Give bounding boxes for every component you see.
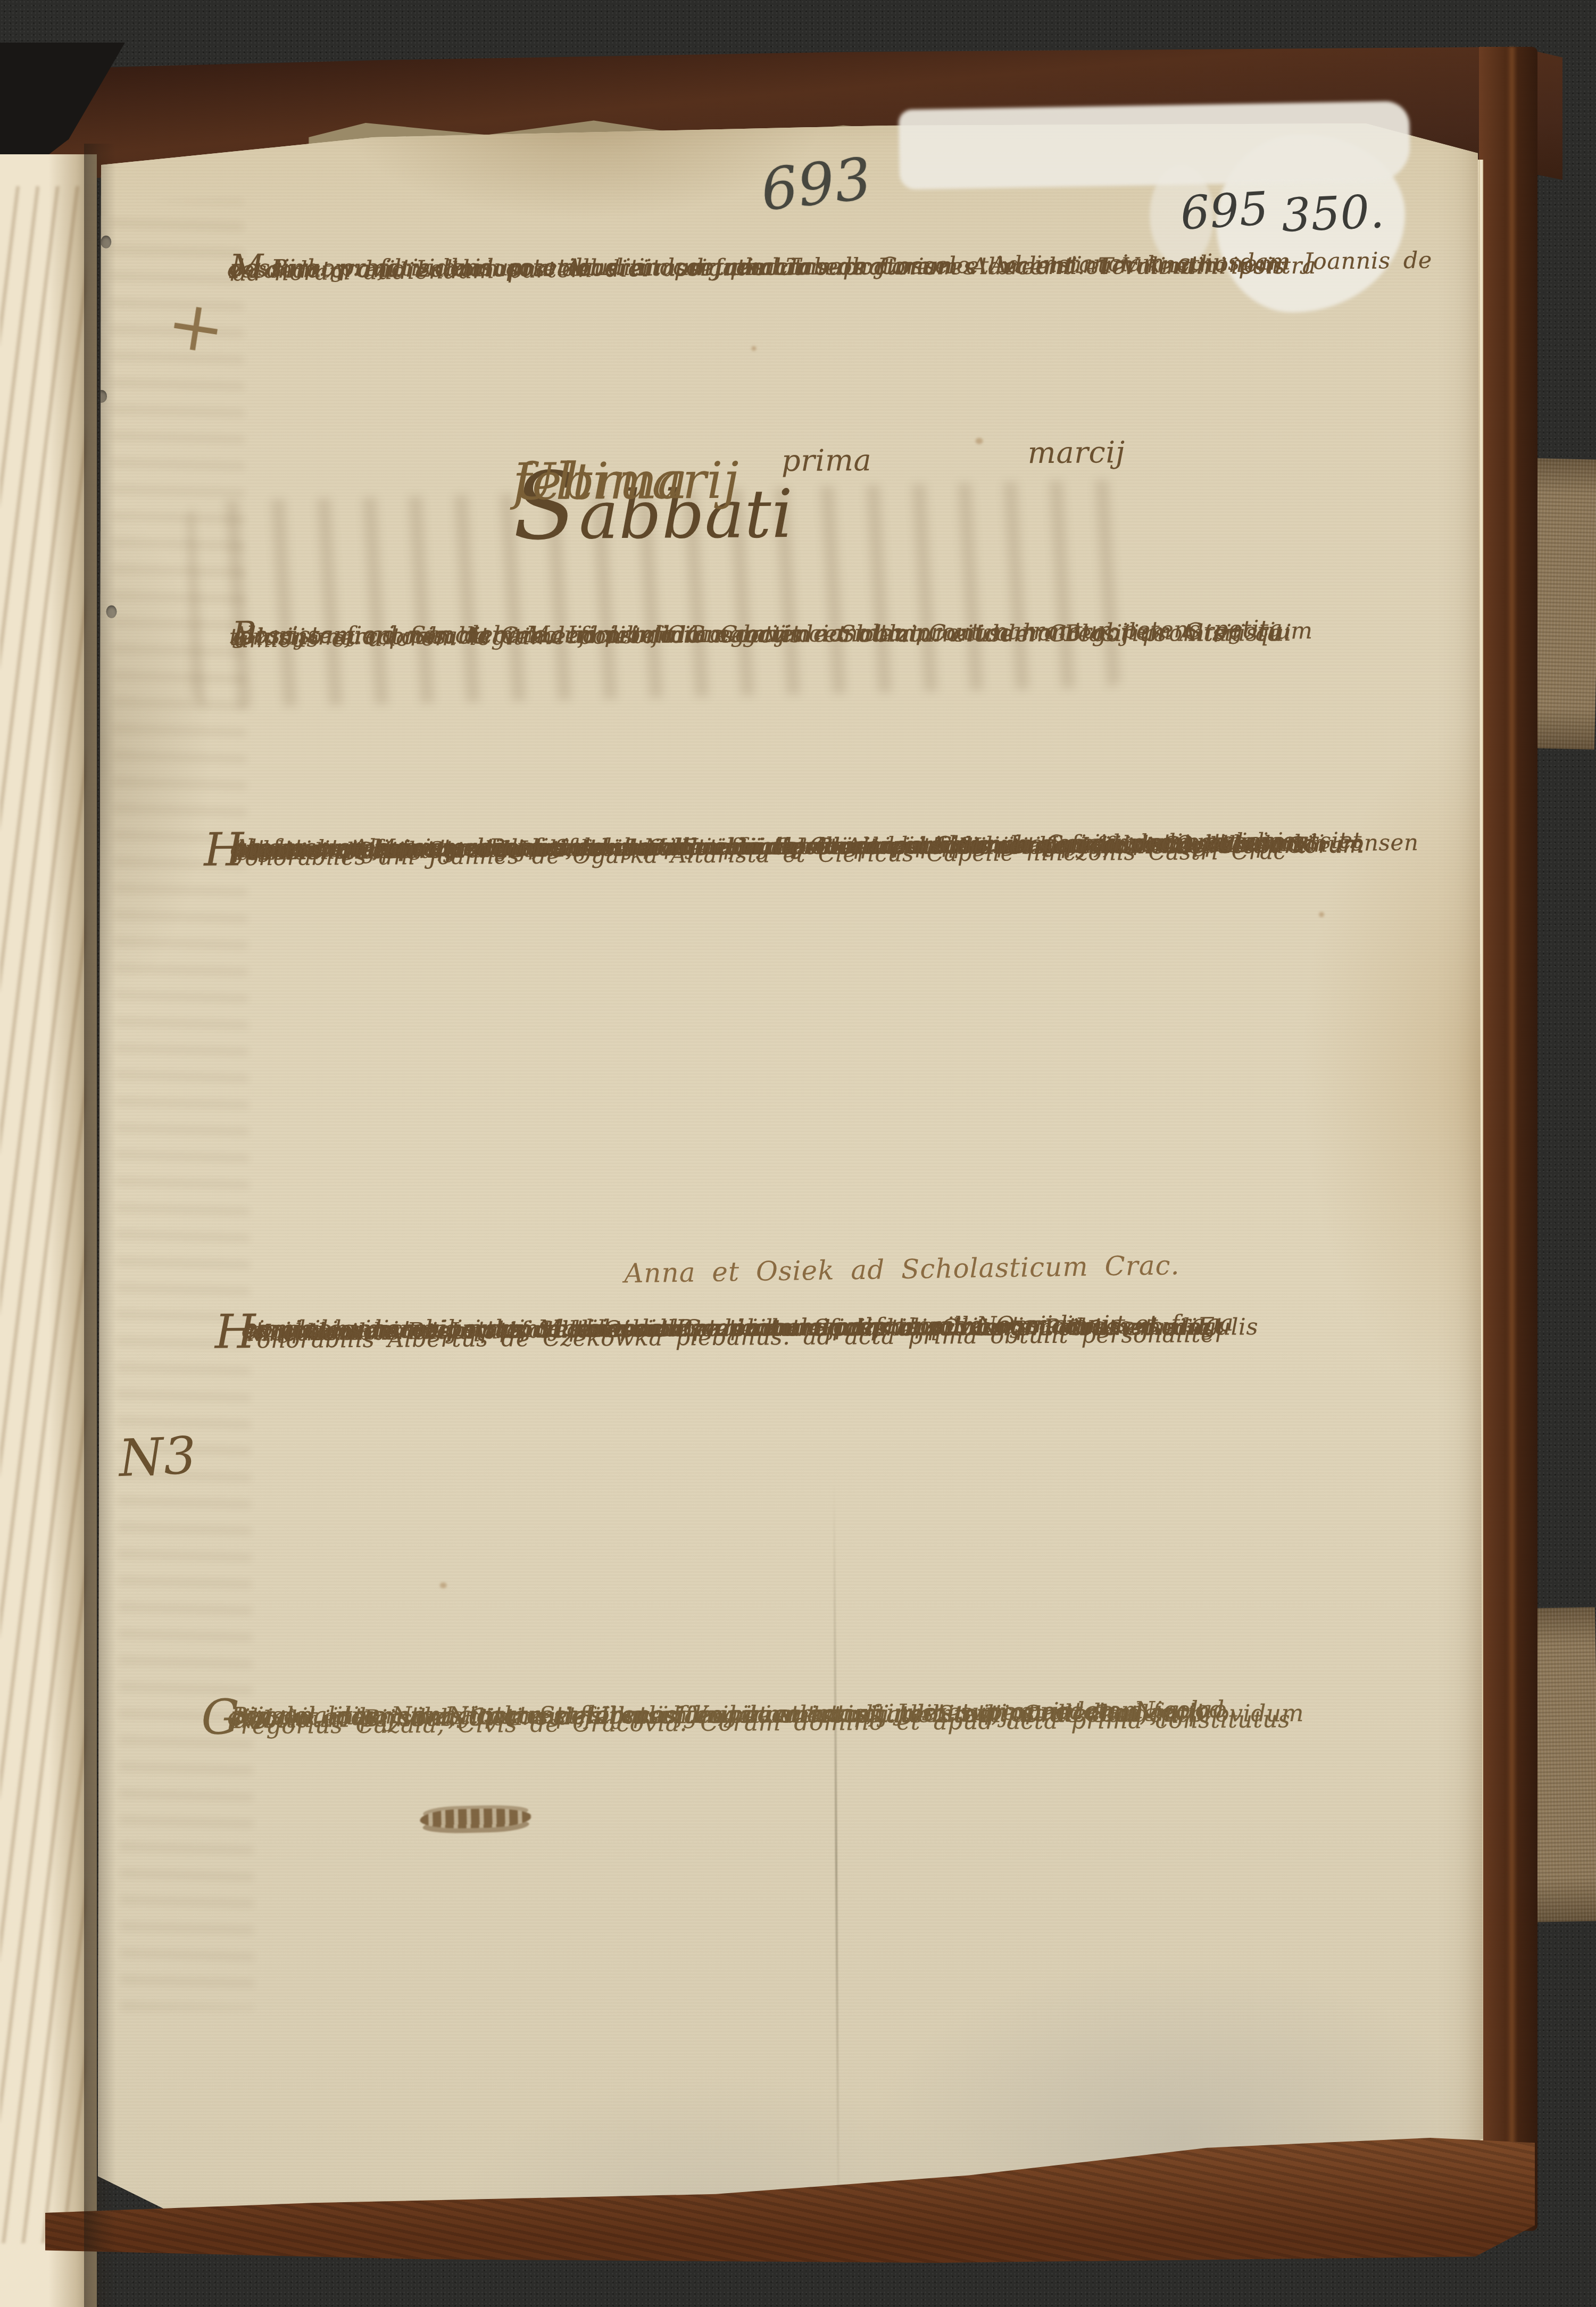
- foxing-spot: [976, 438, 983, 444]
- manuscript-line: publicis ut supra: [233, 832, 438, 866]
- manuscript-line: termino suo probabit vel deficiet finibu…: [229, 618, 802, 654]
- foxing-spot: [752, 346, 757, 351]
- folio-number-old: 695: [1179, 182, 1270, 240]
- folio-number-center: 693: [758, 146, 875, 224]
- margin-note-nb: N3: [118, 1425, 198, 1488]
- case-subheading: Anna et Osiek ad Scholasticum Crac.: [624, 1250, 1180, 1289]
- heading-correction-marcij: marcij: [1028, 435, 1125, 470]
- manuscript-page: 693 695 350. + Mandato dni. Laboriosos. …: [97, 122, 1485, 2224]
- folio-number-new: 350.: [1281, 185, 1385, 243]
- foxing-spot: [1319, 912, 1324, 917]
- foxing-spot: [440, 1582, 447, 1588]
- strikethrough-scribble: [420, 1807, 532, 1829]
- gutter-shadow: [84, 144, 116, 2307]
- repair-tissue-top: [899, 101, 1410, 190]
- facing-page-edge: [0, 154, 97, 2307]
- struck-word: februarij: [513, 452, 739, 512]
- heading-correction-prima: prima: [782, 443, 872, 478]
- manuscript-line: eosdem graviores dampna decernit prefati…: [227, 250, 883, 287]
- margin-cross-mark: +: [161, 281, 231, 370]
- page-content: 693 695 350. + Mandato dni. Laboriosos. …: [90, 118, 1492, 2228]
- manuscript-line: sibi in eodem debito competebat in eunde…: [230, 1695, 1206, 1735]
- fold-line: [833, 1484, 840, 2229]
- photo-stage: 693 695 350. + Mandato dni. Laboriosos. …: [0, 0, 1596, 2307]
- cover-spine-edge: [1479, 47, 1537, 2231]
